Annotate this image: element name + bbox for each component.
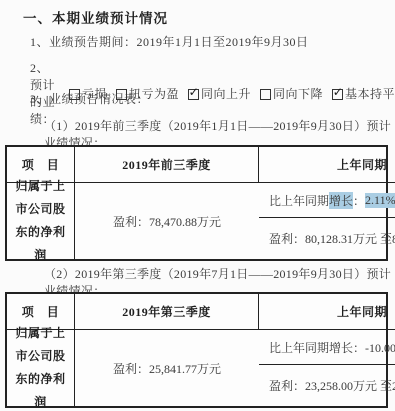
table2-prev-value: 盈利：25,841.77万元 bbox=[75, 330, 259, 406]
table1-prev-value: 盈利：78,470.88万元 bbox=[75, 183, 259, 259]
option-flat-label: 基本持平 bbox=[345, 85, 395, 102]
table2-row-label: 归属于上市公司股东的净利润 bbox=[7, 330, 75, 406]
option-increase: ✓ 同向上升 bbox=[188, 85, 251, 102]
checkbox-checked-icon: ✓ bbox=[188, 89, 199, 100]
option-decrease: 同向下降 bbox=[260, 85, 323, 102]
option-flat: ✓ 基本持平 bbox=[332, 85, 395, 102]
forecast-period-line: 1、业绩预告期间：2019年1月1日至2019年9月30日 bbox=[30, 33, 309, 50]
table2-profit-range: 盈利：23,258.00万元 至28,425.00万元 bbox=[259, 365, 395, 406]
section-heading: 一、本期业绩预计情况 bbox=[23, 7, 168, 27]
growth-colon: ： bbox=[353, 192, 365, 209]
checkbox-unchecked-icon bbox=[260, 89, 271, 100]
table2-header-prev: 上年同期 bbox=[259, 294, 395, 330]
option-decrease-label: 同向下降 bbox=[273, 85, 323, 102]
table1-header-period: 2019年前三季度 bbox=[75, 147, 259, 183]
table1-header-prev: 上年同期 bbox=[259, 147, 395, 183]
forecast-table-third-quarter: 项 目 2019年第三季度 上年同期 归属于上市公司股东的净利润 比上年同期增长… bbox=[5, 292, 388, 408]
option-increase-label: 同向上升 bbox=[201, 85, 251, 102]
checkbox-checked-icon: ✓ bbox=[332, 89, 343, 100]
growth-low-highlight: 2.11% bbox=[365, 193, 395, 208]
table1-row-label: 归属于上市公司股东的净利润 bbox=[7, 183, 75, 259]
forecast-table-first-three-quarters: 项 目 2019年前三季度 上年同期 归属于上市公司股东的净利润 比上年同期增长… bbox=[5, 145, 388, 261]
table1-profit-range: 盈利：80,128.31万元 至85,295.31万元 bbox=[259, 218, 395, 259]
growth-word-highlight: 增长 bbox=[329, 192, 353, 209]
table2-header-period: 2019年第三季度 bbox=[75, 294, 259, 330]
growth-prefix: 比上年同期 bbox=[269, 192, 329, 209]
table2-growth-cell: 比上年同期增长：-10.00 % 至10.00% bbox=[259, 330, 395, 365]
table1-growth-cell: 比上年同期增长：2.11%至8.70% bbox=[259, 183, 395, 218]
table-section-line: 3、业绩预告情况表： bbox=[30, 90, 149, 107]
